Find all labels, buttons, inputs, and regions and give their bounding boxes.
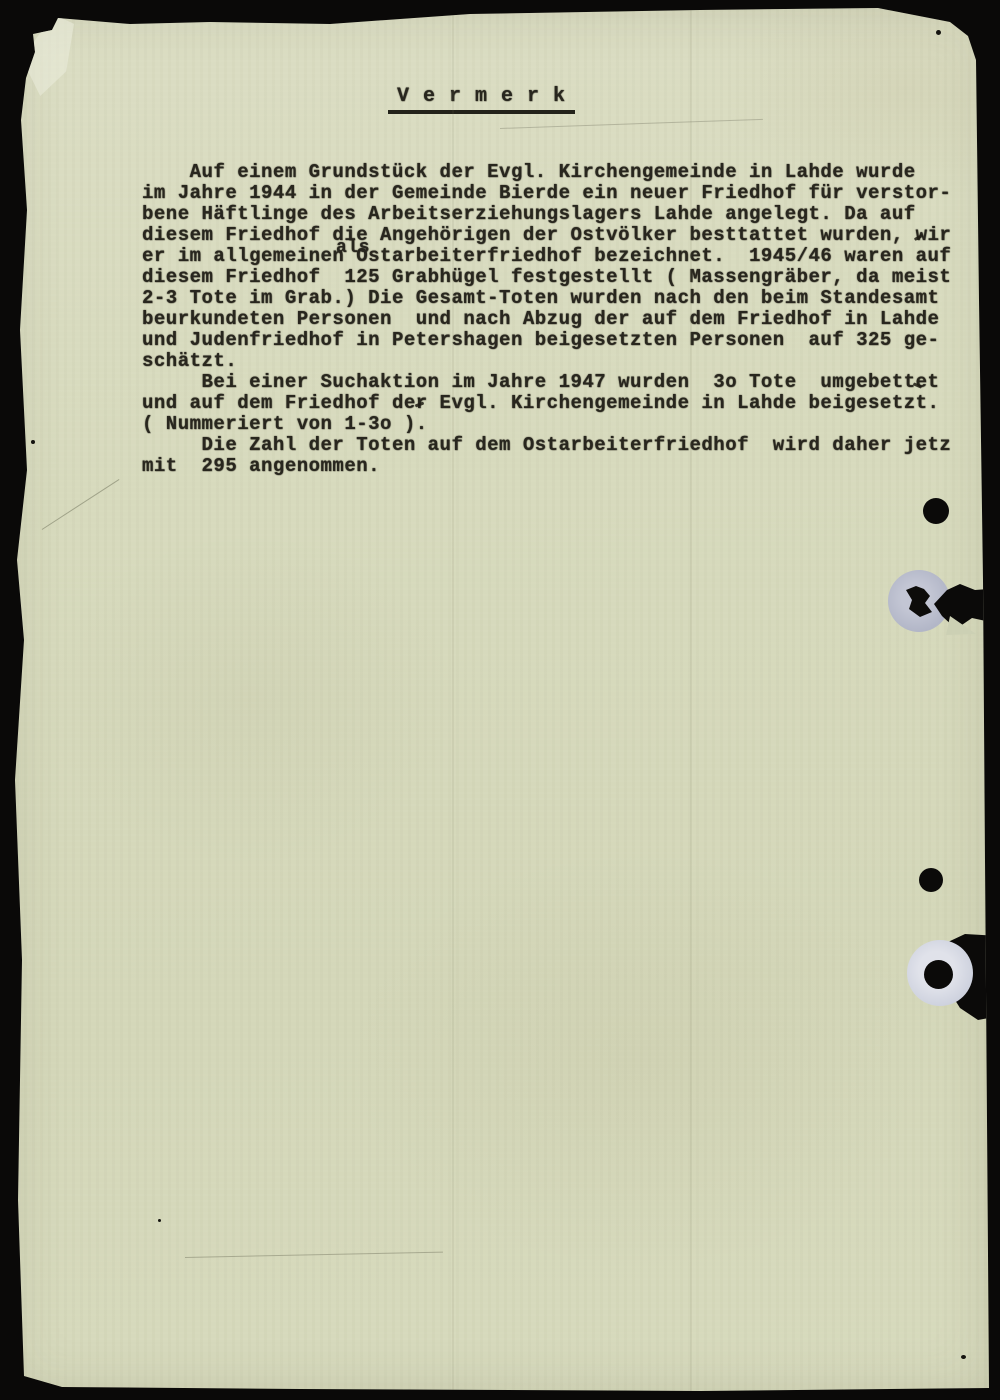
paper-sheet: V e r m e r k Auf einem Grundstück der E…	[0, 0, 1000, 1400]
paper-tear-shapes	[0, 0, 1000, 1400]
punch-hole-top	[906, 586, 932, 617]
paper-tear-top	[934, 584, 1000, 629]
punch-hole-bottom	[924, 960, 953, 989]
scanned-document-page: V e r m e r k Auf einem Grundstück der E…	[0, 0, 1000, 1400]
